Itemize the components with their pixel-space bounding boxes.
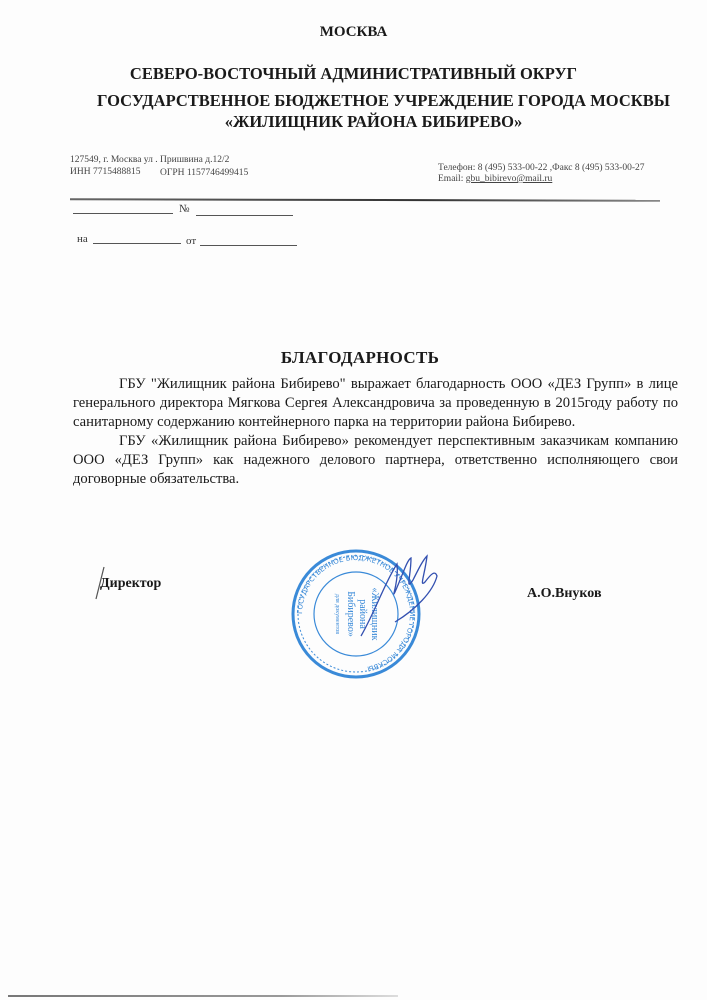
- reg-number-line: [196, 215, 293, 216]
- email-line: Email: gbu_bibirevo@mail.ru: [438, 174, 552, 184]
- letter-title: БЛАГОДАРНОСТЬ: [0, 348, 707, 368]
- signature-position: Директор: [100, 576, 161, 592]
- paragraph-recommendation: ГБУ «Жилищник района Бибирево» рекоменду…: [73, 432, 678, 489]
- pen-stroke-icon: [92, 565, 108, 601]
- email-label: Email:: [438, 174, 466, 184]
- from-label: от: [186, 235, 196, 247]
- on-line: [93, 243, 181, 244]
- address: 127549, г. Москва ул . Пришвина д.12/2: [70, 155, 229, 165]
- header-institution: ГОСУДАРСТВЕННОЕ БЮДЖЕТНОЕ УЧРЕЖДЕНИЕ ГОР…: [30, 91, 707, 111]
- svg-text:для документов: для документов: [334, 594, 340, 634]
- on-label: на: [77, 233, 88, 245]
- header-divider: [70, 198, 660, 202]
- paragraph-gratitude: ГБУ "Жилищник района Бибирево" выражает …: [73, 375, 678, 432]
- email-link[interactable]: gbu_bibirevo@mail.ru: [466, 174, 553, 184]
- ogrn: ОГРН 1157746499415: [160, 168, 248, 178]
- header-org-name: «ЖИЛИЩНИК РАЙОНА БИБИРЕВО»: [20, 112, 707, 132]
- letter-body: ГБУ "Жилищник района Бибирево" выражает …: [73, 375, 678, 489]
- signature-name: А.О.Внуков: [527, 586, 602, 602]
- page-bottom-edge: [8, 995, 398, 997]
- header-city: МОСКВА: [0, 24, 707, 41]
- from-line: [200, 245, 297, 246]
- reg-date-line: [73, 213, 173, 214]
- handwritten-signature-icon: [355, 552, 445, 642]
- phone-fax: Телефон: 8 (495) 533-00-22 ,Факс 8 (495)…: [438, 163, 645, 173]
- inn: ИНН 7715488815: [70, 167, 140, 177]
- number-label: №: [179, 203, 190, 215]
- header-okrug: СЕВЕРО-ВОСТОЧНЫЙ АДМИНИСТРАТИВНЫЙ ОКРУГ: [0, 64, 707, 84]
